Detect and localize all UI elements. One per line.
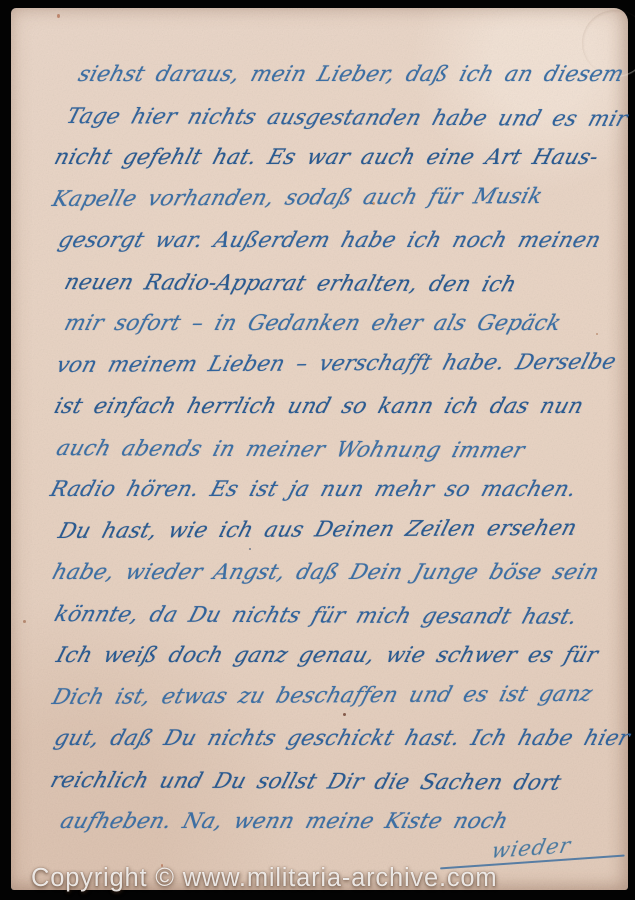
- handwritten-line: siehst daraus, mein Lieber, daß ich an d…: [73, 54, 628, 96]
- handwritten-line: Tage hier nichts ausgestanden habe und e…: [61, 96, 627, 140]
- handwritten-line: reichlich und Du sollst Dir die Sachen d…: [45, 760, 627, 804]
- copyright-watermark: Copyright © www.militaria-archive.com: [31, 864, 497, 893]
- handwritten-line: habe, wieder Angst, daß Dein Junge böse …: [47, 552, 628, 594]
- handwritten-line: Kapelle vorhanden, sodaß auch für Musik: [47, 175, 629, 220]
- handwritten-line: Ich weiß doch ganz genau, wie schwer es …: [51, 635, 628, 677]
- handwritten-line: Du hast, wie ich aus Deinen Zeilen erseh…: [53, 507, 629, 552]
- handwritten-line: auch abends in meiner Wohnung immer: [51, 428, 627, 472]
- handwritten-line: gut, daß Du nichts geschickt hast. Ich h…: [49, 718, 628, 760]
- letter-paper: siehst daraus, mein Lieber, daß ich an d…: [11, 8, 628, 890]
- handwritten-line: neuen Radio-Apparat erhalten, den ich: [59, 262, 627, 306]
- handwritten-line: gesorgt war. Außerdem habe ich noch mein…: [53, 220, 628, 262]
- paper-speck: [57, 14, 60, 18]
- letter-scan: siehst daraus, mein Lieber, daß ich an d…: [0, 0, 635, 900]
- handwritten-line: von meinem Lieben – verschafft habe. Der…: [51, 341, 629, 386]
- paper-speck: [23, 620, 26, 623]
- handwritten-text-block: siehst daraus, mein Lieber, daß ich an d…: [59, 54, 616, 843]
- handwritten-line: ist einfach herrlich und so kann ich das…: [49, 386, 628, 428]
- handwritten-line: mir sofort – in Gedanken eher als Gepäck: [59, 303, 628, 345]
- handwritten-line: Dich ist, etwas zu beschaffen und es ist…: [47, 673, 629, 718]
- handwritten-line: könnte, da Du nichts für mich gesandt ha…: [49, 594, 627, 638]
- handwritten-line: nicht gefehlt hat. Es war auch eine Art …: [49, 137, 628, 179]
- handwritten-line: Radio hören. Es ist ja nun mehr so mache…: [45, 469, 628, 511]
